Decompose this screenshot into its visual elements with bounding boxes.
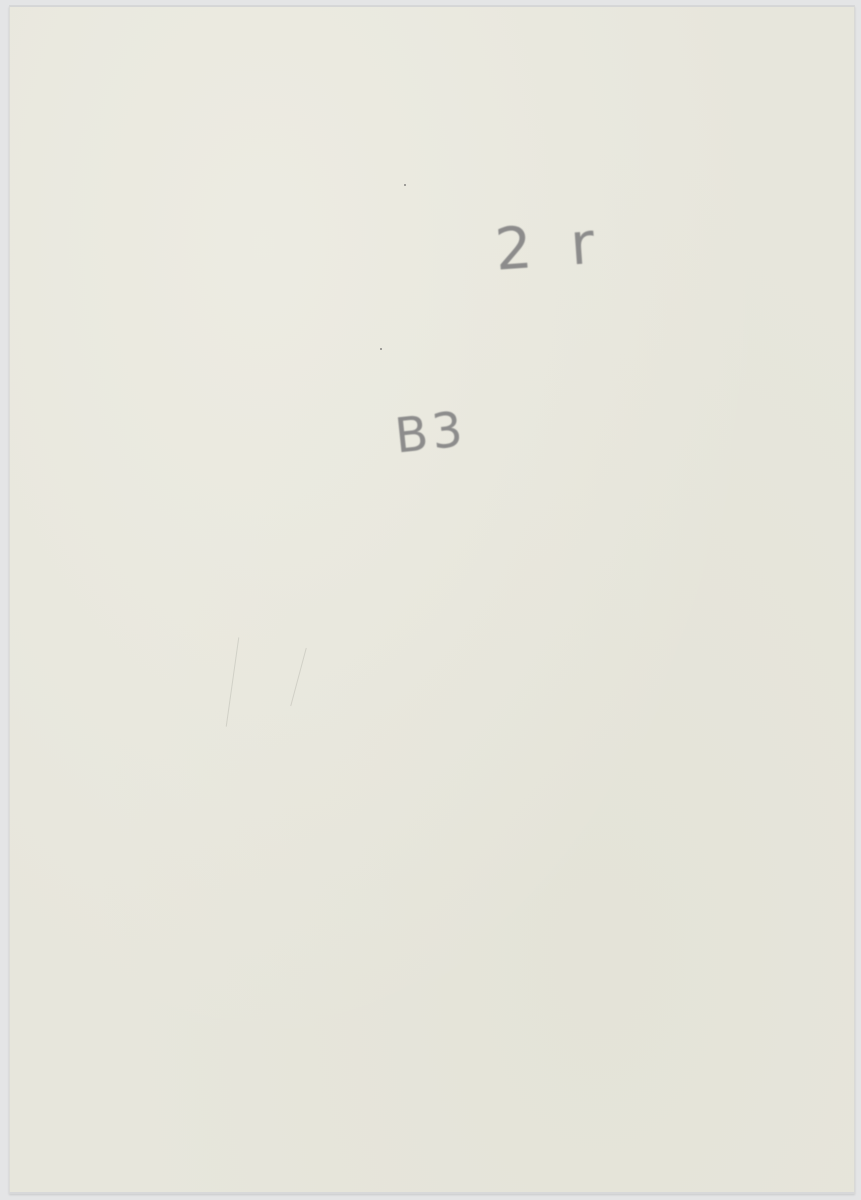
pencil-annotation-top: 2 r bbox=[493, 208, 607, 283]
paper-scratch bbox=[226, 637, 240, 726]
paper-card: 2 r B3 bbox=[9, 6, 855, 1194]
paper-scratch bbox=[290, 648, 306, 706]
photo-backdrop: 2 r B3 bbox=[0, 0, 861, 1200]
paper-speck bbox=[404, 184, 406, 186]
paper-speck bbox=[380, 348, 382, 350]
pencil-annotation-middle: B3 bbox=[392, 401, 469, 464]
